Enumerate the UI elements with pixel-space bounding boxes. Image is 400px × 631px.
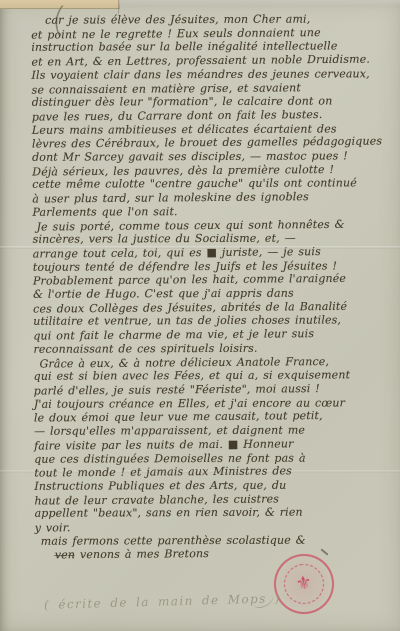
- letter-line: v̶e̶n̶ venons à mes Bretons: [55, 546, 397, 563]
- manuscript-page: ( car je suis élève des Jésuites, mon Ch…: [0, 0, 400, 631]
- letter-body: car je suis élève des Jésuites, mon Cher…: [25, 12, 397, 563]
- pencil-annotation: ( écrite de la main de Mops ): [44, 590, 324, 612]
- paper-top-highlight: [119, 0, 400, 6]
- fold-crease-vertical: [118, 0, 119, 14]
